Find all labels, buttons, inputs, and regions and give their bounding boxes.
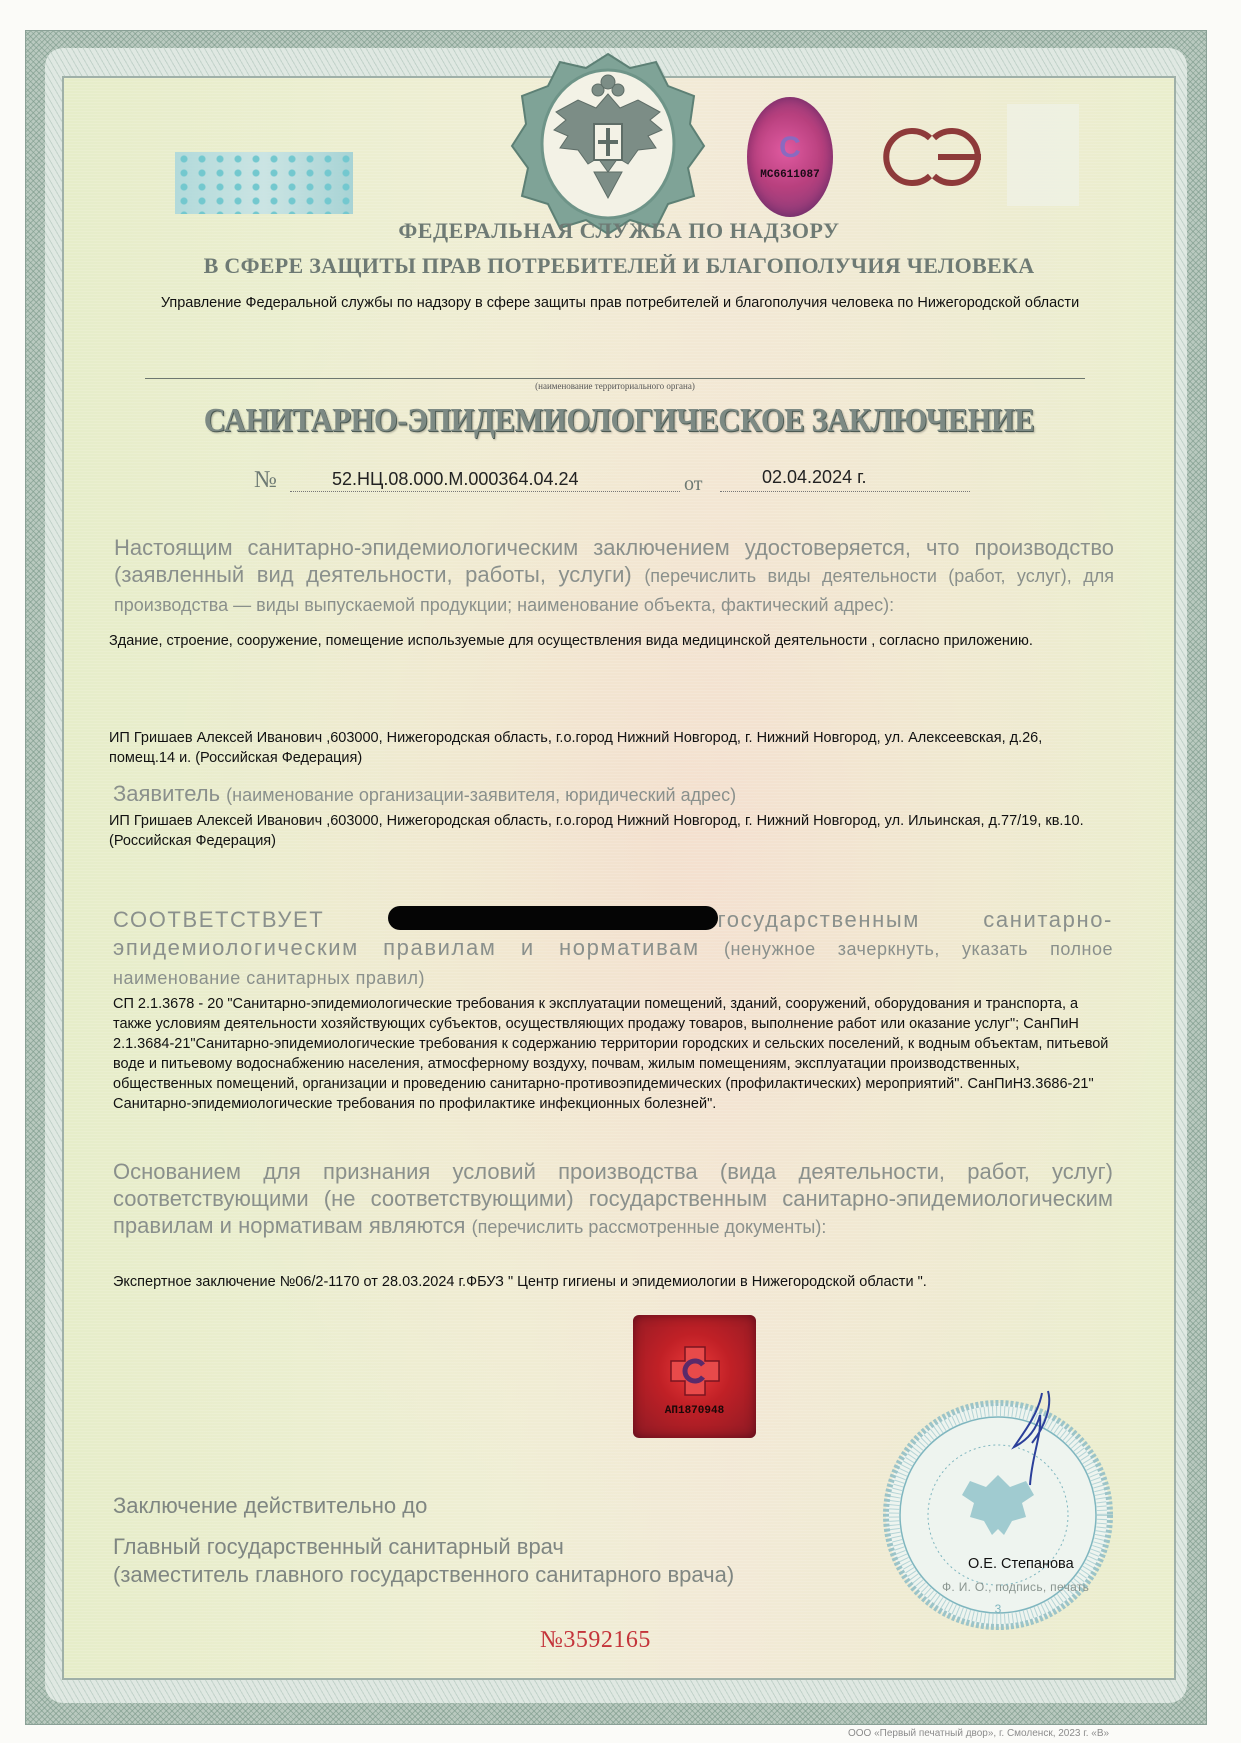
document-number: 52.НЦ.08.000.М.000364.04.24 — [332, 469, 579, 490]
signer-caption: Ф. И. О., подпись, печать — [942, 1580, 1089, 1594]
conformity-paragraph: СООТВЕТСТВУЕТ государственным санитарно-… — [113, 906, 1113, 992]
signature-icon — [1002, 1385, 1072, 1495]
applicant-heading: Заявитель (наименование организации-заяв… — [113, 780, 1113, 809]
object-address: ИП Гришаев Алексей Иванович ,603000, Ниж… — [109, 728, 1109, 768]
valid-until-label: Заключение действительно до — [113, 1493, 427, 1519]
territorial-office-caption: (наименование территориального органа) — [145, 381, 1085, 391]
number-underline — [290, 491, 680, 492]
applicant-label: Заявитель — [113, 781, 220, 806]
intro-paragraph: Настоящим санитарно-эпидемиологическим з… — [114, 534, 1114, 619]
basis-paragraph: Основанием для признания условий произво… — [113, 1158, 1113, 1241]
number-label: № — [254, 467, 277, 494]
date-underline — [720, 491, 970, 492]
form-serial-number: №3592165 — [540, 1627, 651, 1654]
coat-of-arms-emblem-icon — [508, 48, 708, 238]
chief-doctor-title: Главный государственный санитарный врач — [113, 1534, 564, 1560]
hologram-seal-bottom: АП1870948 — [633, 1315, 756, 1438]
sanitary-rules-list: СП 2.1.3678 - 20 "Санитарно-эпидемиологи… — [113, 994, 1113, 1114]
applicant-hint: (наименование организации-заявителя, юри… — [226, 785, 736, 805]
se-logo-icon — [878, 124, 988, 190]
conformity-word: СООТВЕТСТВУЕТ — [113, 907, 324, 932]
hologram-glyph: С — [747, 131, 833, 165]
document-date: 02.04.2024 г. — [762, 467, 866, 488]
svg-text:3: 3 — [995, 1602, 1002, 1616]
official-seal-icon: 3 — [878, 1395, 1118, 1635]
document-number-row: № 52.НЦ.08.000.М.000364.04.24 от 02.04.2… — [250, 467, 970, 497]
redaction-bar — [388, 906, 718, 930]
printer-imprint: ООО «Первый печатный двор», г. Смоленск,… — [848, 1728, 1109, 1739]
deputy-chief-doctor-title: (заместитель главного государственного с… — [113, 1562, 734, 1588]
activity-description: Здание, строение, сооружение, помещение … — [109, 631, 1109, 651]
signer-name: О.Е. Степанова — [968, 1556, 1074, 1572]
pale-watermark-square — [1007, 104, 1079, 206]
agency-title-line1: ФЕДЕРАЛЬНАЯ СЛУЖБА ПО НАДЗОРУ — [62, 218, 1176, 244]
hologram-seal-top: С МС6611087 — [747, 97, 833, 217]
basis-hint: (перечислить рассмотренные документы): — [472, 1217, 827, 1237]
divider — [145, 378, 1085, 379]
applicant-address: ИП Гришаев Алексей Иванович ,603000, Ниж… — [109, 811, 1109, 851]
agency-title-line2: В СФЕРЕ ЗАЩИТЫ ПРАВ ПОТРЕБИТЕЛЕЙ И БЛАГО… — [62, 253, 1176, 279]
date-label: от — [684, 473, 702, 496]
hologram-code: МС6611087 — [747, 169, 833, 181]
medical-cross-icon — [667, 1343, 723, 1399]
hologram-code: АП1870948 — [633, 1405, 756, 1417]
hologram-strip-icon — [175, 152, 353, 214]
expert-conclusion: Экспертное заключение №06/2-1170 от 28.0… — [113, 1272, 1113, 1292]
territorial-office: Управление Федеральной службы по надзору… — [140, 293, 1100, 313]
document-title: САНИТАРНО-ЭПИДЕМИОЛОГИЧЕСКОЕ ЗАКЛЮЧЕНИЕ — [118, 402, 1121, 440]
